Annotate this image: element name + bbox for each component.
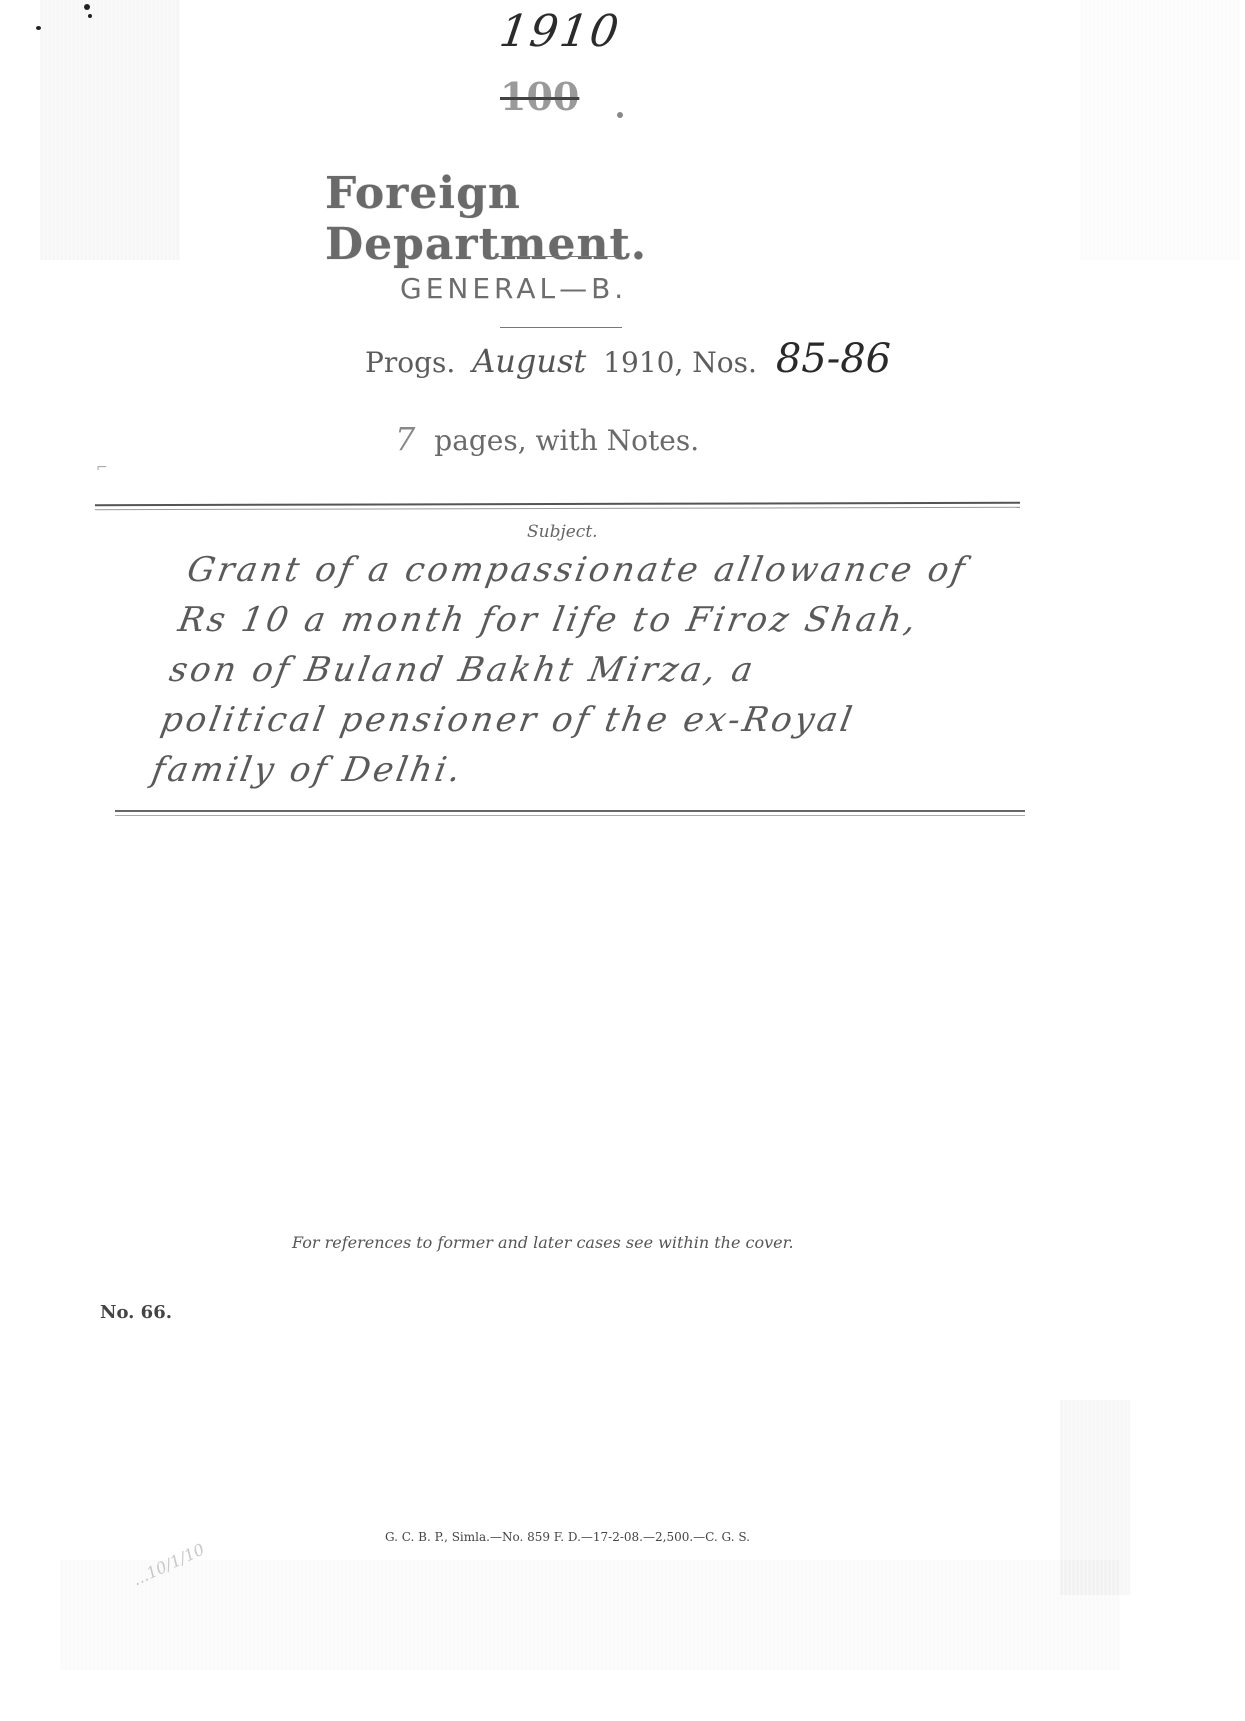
progs-year: 1910, [603, 346, 683, 379]
margin-mark: ⌐ [96, 460, 108, 476]
subject-line: Rs 10 a month for life to Firoz Shah, [174, 595, 1043, 645]
scan-texture [1080, 0, 1240, 260]
ink-spot [88, 14, 92, 18]
ink-spot [36, 26, 41, 30]
document-page: 1910 100 Foreign Department. GENERAL—B. … [0, 0, 1245, 1721]
subject-line: Grant of a compassionate allowance of [183, 545, 1052, 595]
subject-label: Subject. [527, 522, 598, 542]
nos-value: 85-86 [776, 336, 891, 382]
dot-mark [617, 112, 623, 118]
struck-file-number: 100 [500, 74, 579, 119]
scan-texture [60, 1560, 1120, 1670]
pages-line: 7 pages, with Notes. [395, 420, 699, 458]
classification-heading: GENERAL—B. [400, 272, 730, 305]
subject-text: Grant of a compassionate allowance of Rs… [148, 545, 1052, 795]
ink-spot [84, 4, 90, 10]
pages-label: pages, with Notes. [434, 424, 699, 457]
scan-texture [40, 0, 180, 260]
subject-bottom-rule [115, 810, 1025, 816]
nos-label: Nos. [692, 346, 757, 379]
pages-count: 7 [395, 420, 415, 458]
divider [500, 327, 622, 328]
form-number: No. 66. [100, 1302, 172, 1323]
references-note: For references to former and later cases… [292, 1233, 794, 1252]
subject-line: political pensioner of the ex-Royal [157, 695, 1026, 745]
department-title: Foreign Department. [325, 168, 785, 270]
printer-imprint: G. C. B. P., Simla.—No. 859 F. D.—17-2-0… [385, 1530, 750, 1544]
progs-label: Progs. [365, 346, 455, 379]
handwritten-year: 1910 [496, 6, 623, 57]
divider [495, 256, 617, 257]
subject-top-rule [95, 502, 1020, 510]
progs-month: August [472, 342, 586, 380]
proceedings-line: Progs. August 1910, Nos. 85-86 [365, 336, 891, 382]
subject-line: son of Buland Bakht Mirza, a [166, 645, 1035, 695]
subject-line: family of Delhi. [148, 745, 1017, 795]
